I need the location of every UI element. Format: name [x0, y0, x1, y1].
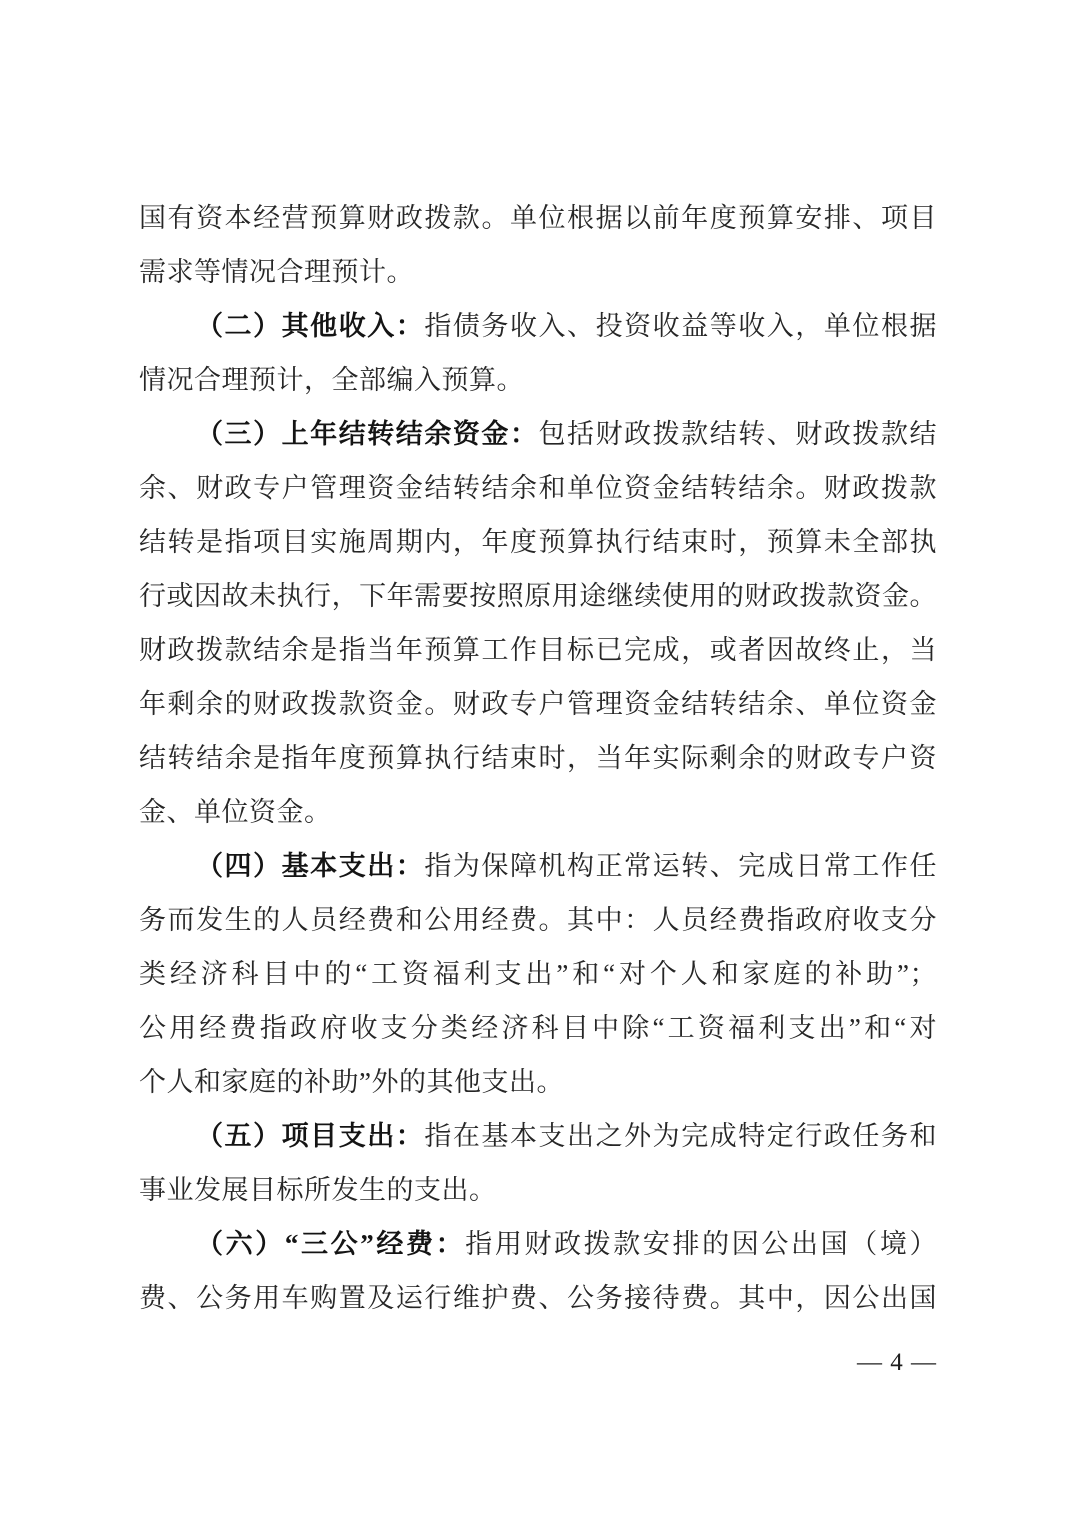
term-definition-start: 指债务收入、投资收益等收入，单位根据	[424, 311, 937, 341]
text-line: 需求等情况合理预计。	[139, 245, 937, 299]
text-line: 结转结余是指年度预算执行结束时，当年实际剩余的财政专户资	[139, 731, 937, 785]
text-line: 事业发展目标所发生的支出。	[139, 1163, 937, 1217]
paragraph: 国有资本经营预算财政拨款。单位根据以前年度预算安排、项目需求等情况合理预计。	[139, 191, 937, 299]
text-line: 结转是指项目实施周期内，年度预算执行结束时，预算未全部执	[139, 515, 937, 569]
text-line: 情况合理预计，全部编入预算。	[139, 353, 937, 407]
text-line: 财政拨款结余是指当年预算工作目标已完成，或者因故终止，当	[139, 623, 937, 677]
paragraph: （五）项目支出：指在基本支出之外为完成特定行政任务和事业发展目标所发生的支出。	[139, 1109, 937, 1217]
paragraph: （四）基本支出：指为保障机构正常运转、完成日常工作任务而发生的人员经费和公用经费…	[139, 839, 937, 1109]
term-label: （六）“三公”经费：	[196, 1229, 465, 1259]
text-line: 余、财政专户管理资金结转结余和单位资金结转结余。财政拨款	[139, 461, 937, 515]
term-definition-start: 指用财政拨款安排的因公出国（境）	[465, 1229, 937, 1259]
term-definition-start: 包括财政拨款结转、财政拨款结	[538, 419, 937, 449]
text-line: 类经济科目中的“工资福利支出”和“对个人和家庭的补助”；	[139, 947, 937, 1001]
document-body: 国有资本经营预算财政拨款。单位根据以前年度预算安排、项目需求等情况合理预计。（二…	[139, 191, 937, 1325]
paragraph: （二）其他收入：指债务收入、投资收益等收入，单位根据情况合理预计，全部编入预算。	[139, 299, 937, 407]
text-line: （五）项目支出：指在基本支出之外为完成特定行政任务和	[139, 1109, 937, 1163]
text-line: （二）其他收入：指债务收入、投资收益等收入，单位根据	[139, 299, 937, 353]
text-line: （六）“三公”经费：指用财政拨款安排的因公出国（境）	[139, 1217, 937, 1271]
text-line: （三）上年结转结余资金：包括财政拨款结转、财政拨款结	[139, 407, 937, 461]
term-label: （四）基本支出：	[196, 851, 424, 881]
document-page: 国有资本经营预算财政拨款。单位根据以前年度预算安排、项目需求等情况合理预计。（二…	[0, 0, 1074, 1520]
text-line: 金、单位资金。	[139, 785, 937, 839]
text-line: 公用经费指政府收支分类经济科目中除“工资福利支出”和“对	[139, 1001, 937, 1055]
paragraph: （三）上年结转结余资金：包括财政拨款结转、财政拨款结余、财政专户管理资金结转结余…	[139, 407, 937, 839]
text-line: 行或因故未执行，下年需要按照原用途继续使用的财政拨款资金。	[139, 569, 937, 623]
text-line: 国有资本经营预算财政拨款。单位根据以前年度预算安排、项目	[139, 191, 937, 245]
term-label: （三）上年结转结余资金：	[196, 419, 538, 449]
text-line: 费、公务用车购置及运行维护费、公务接待费。其中，因公出国	[139, 1271, 937, 1325]
paragraph: （六）“三公”经费：指用财政拨款安排的因公出国（境）费、公务用车购置及运行维护费…	[139, 1217, 937, 1325]
term-label: （二）其他收入：	[196, 311, 424, 341]
term-label: （五）项目支出：	[196, 1121, 424, 1151]
term-definition-start: 指在基本支出之外为完成特定行政任务和	[424, 1121, 937, 1151]
text-line: 年剩余的财政拨款资金。财政专户管理资金结转结余、单位资金	[139, 677, 937, 731]
term-definition-start: 指为保障机构正常运转、完成日常工作任	[424, 851, 937, 881]
text-line: 务而发生的人员经费和公用经费。其中：人员经费指政府收支分	[139, 893, 937, 947]
text-line: （四）基本支出：指为保障机构正常运转、完成日常工作任	[139, 839, 937, 893]
text-line: 个人和家庭的补助”外的其他支出。	[139, 1055, 937, 1109]
page-number: — 4 —	[857, 1346, 937, 1380]
